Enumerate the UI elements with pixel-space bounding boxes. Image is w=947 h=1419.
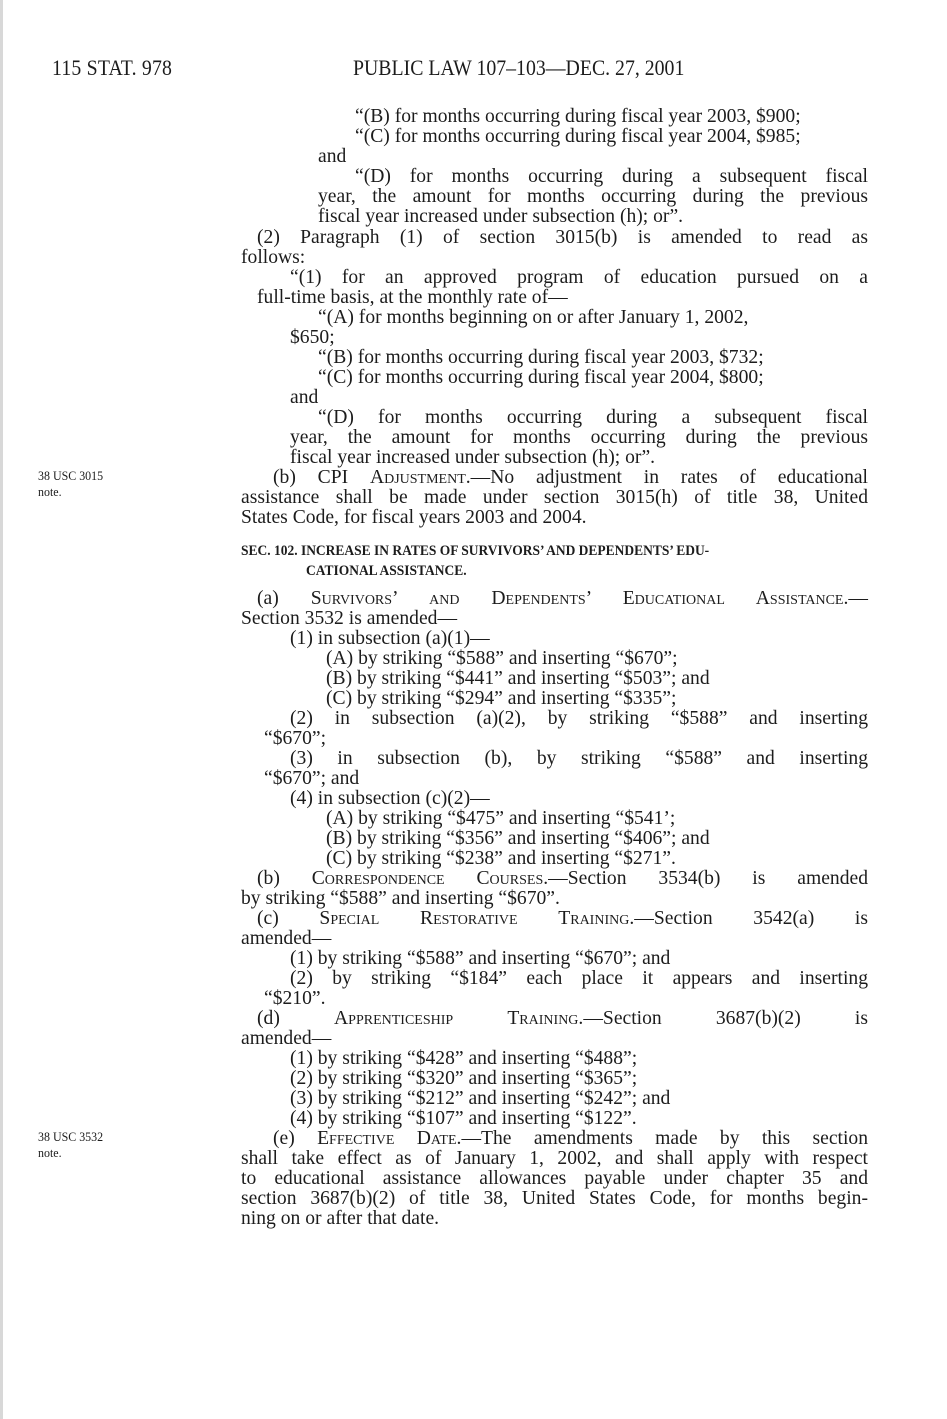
margin-note-label: note. <box>38 1145 103 1161</box>
text-line: States Code, for fiscal years 2003 and 2… <box>241 508 587 528</box>
subsection-a-heading-line: (a) Survivors’ and Dependents’ Education… <box>257 589 868 609</box>
subsection-e-heading-line: (e) Effective Date.—The amendments made … <box>273 1129 868 1149</box>
text-line: (3) by striking “$212” and inserting “$2… <box>290 1089 670 1109</box>
text-line: amended— <box>241 1029 331 1049</box>
text-line: (B) by striking “$356” and inserting “$4… <box>326 829 710 849</box>
subsection-b-heading: Correspondence Courses. <box>312 868 548 889</box>
page-header: 115 STAT. 978 PUBLIC LAW 107–103—DEC. 27… <box>0 55 947 85</box>
margin-note-citation: 38 USC 3015 <box>38 468 103 484</box>
text-line: “(A) for months beginning on or after Ja… <box>318 308 748 328</box>
cpi-adjustment-heading: Adjustment. <box>370 467 471 488</box>
text-line: ning on or after that date. <box>241 1209 439 1229</box>
text-line: and <box>290 388 318 408</box>
text-line: (4) in subsection (c)(2)— <box>290 789 490 809</box>
text-line: (2) Paragraph (1) of section 3015(b) is … <box>257 228 868 248</box>
text-line: $650; <box>290 328 335 348</box>
margin-note-usc-3532: 38 USC 3532 note. <box>38 1129 103 1161</box>
text-line: “(D) for months occurring during a subse… <box>318 408 868 428</box>
subsection-a-heading: Survivors’ and Dependents’ Educational A… <box>311 588 849 609</box>
cpi-adjustment-paragraph: (b) CPI Adjustment.—No adjustment in rat… <box>273 468 868 488</box>
subsection-e-heading: Effective Date. <box>317 1128 461 1149</box>
margin-note-usc-3015: 38 USC 3015 note. <box>38 468 103 500</box>
text-line: to educational assistance allowances pay… <box>241 1169 868 1189</box>
text-line: (4) by striking “$107” and inserting “$1… <box>290 1109 637 1129</box>
text-line: assistance shall be made under section 3… <box>241 488 868 508</box>
text-line: fiscal year increased under subsection (… <box>290 448 655 468</box>
section-heading: SEC. 102. INCREASE IN RATES OF SURVIVORS… <box>241 541 709 561</box>
subsection-d-heading-line: (d) Apprenticeship Training.—Section 368… <box>257 1009 868 1029</box>
text-line: “(B) for months occurring during fiscal … <box>318 348 764 368</box>
subsection-c-heading-line: (c) Special Restorative Training.—Sectio… <box>257 909 868 929</box>
text-line: shall take effect as of January 1, 2002,… <box>241 1149 868 1169</box>
stat-page-reference: 115 STAT. 978 <box>52 55 172 81</box>
text-line: (C) by striking “$294” and inserting “$3… <box>326 689 676 709</box>
subsection-b-heading-line: (b) Correspondence Courses.—Section 3534… <box>257 869 868 889</box>
text-line: and <box>318 147 346 167</box>
public-law-title: PUBLIC LAW 107–103—DEC. 27, 2001 <box>353 55 684 81</box>
margin-note-citation: 38 USC 3532 <box>38 1129 103 1145</box>
text-line: “(C) for months occurring during fiscal … <box>318 368 764 388</box>
text-line: amended— <box>241 929 331 949</box>
text-line: (2) by striking “$320” and inserting “$3… <box>290 1069 637 1089</box>
text-line: (1) in subsection (a)(1)— <box>290 629 490 649</box>
text-line: Section 3532 is amended— <box>241 609 457 629</box>
text-line: “$670”; <box>264 729 326 749</box>
page-edge <box>0 0 3 1419</box>
text-line: by striking “$588” and inserting “$670”. <box>241 889 560 909</box>
text-line: (1) by striking “$428” and inserting “$4… <box>290 1049 637 1069</box>
text-line: “$210”. <box>264 989 325 1009</box>
text-line: follows: <box>241 248 305 268</box>
text-line: fiscal year increased under subsection (… <box>318 207 683 227</box>
section-heading-continued: CATIONAL ASSISTANCE. <box>306 561 467 581</box>
text-line: full-time basis, at the monthly rate of— <box>257 288 568 308</box>
text-line: (B) by striking “$441” and inserting “$5… <box>326 669 710 689</box>
text-line: year, the amount for months occurring du… <box>318 187 868 207</box>
text-line: (A) by striking “$588” and inserting “$6… <box>326 649 678 669</box>
text-line: “(1) for an approved program of educatio… <box>290 268 868 288</box>
text-line: “(C) for months occurring during fiscal … <box>355 127 801 147</box>
text-line: (3) in subsection (b), by striking “$588… <box>290 749 868 769</box>
text-line: “(D) for months occurring during a subse… <box>355 167 868 187</box>
text-line: (1) by striking “$588” and inserting “$6… <box>290 949 670 969</box>
text-line: (C) by striking “$238” and inserting “$2… <box>326 849 676 869</box>
text-line: (2) in subsection (a)(2), by striking “$… <box>290 709 868 729</box>
text-line: (2) by striking “$184” each place it app… <box>290 969 868 989</box>
text-line: section 3687(b)(2) of title 38, United S… <box>241 1189 868 1209</box>
text-line: “$670”; and <box>264 769 359 789</box>
margin-note-label: note. <box>38 484 103 500</box>
text-line: year, the amount for months occurring du… <box>290 428 868 448</box>
text-line: (A) by striking “$475” and inserting “$5… <box>326 809 675 829</box>
text-line: “(B) for months occurring during fiscal … <box>355 107 801 127</box>
